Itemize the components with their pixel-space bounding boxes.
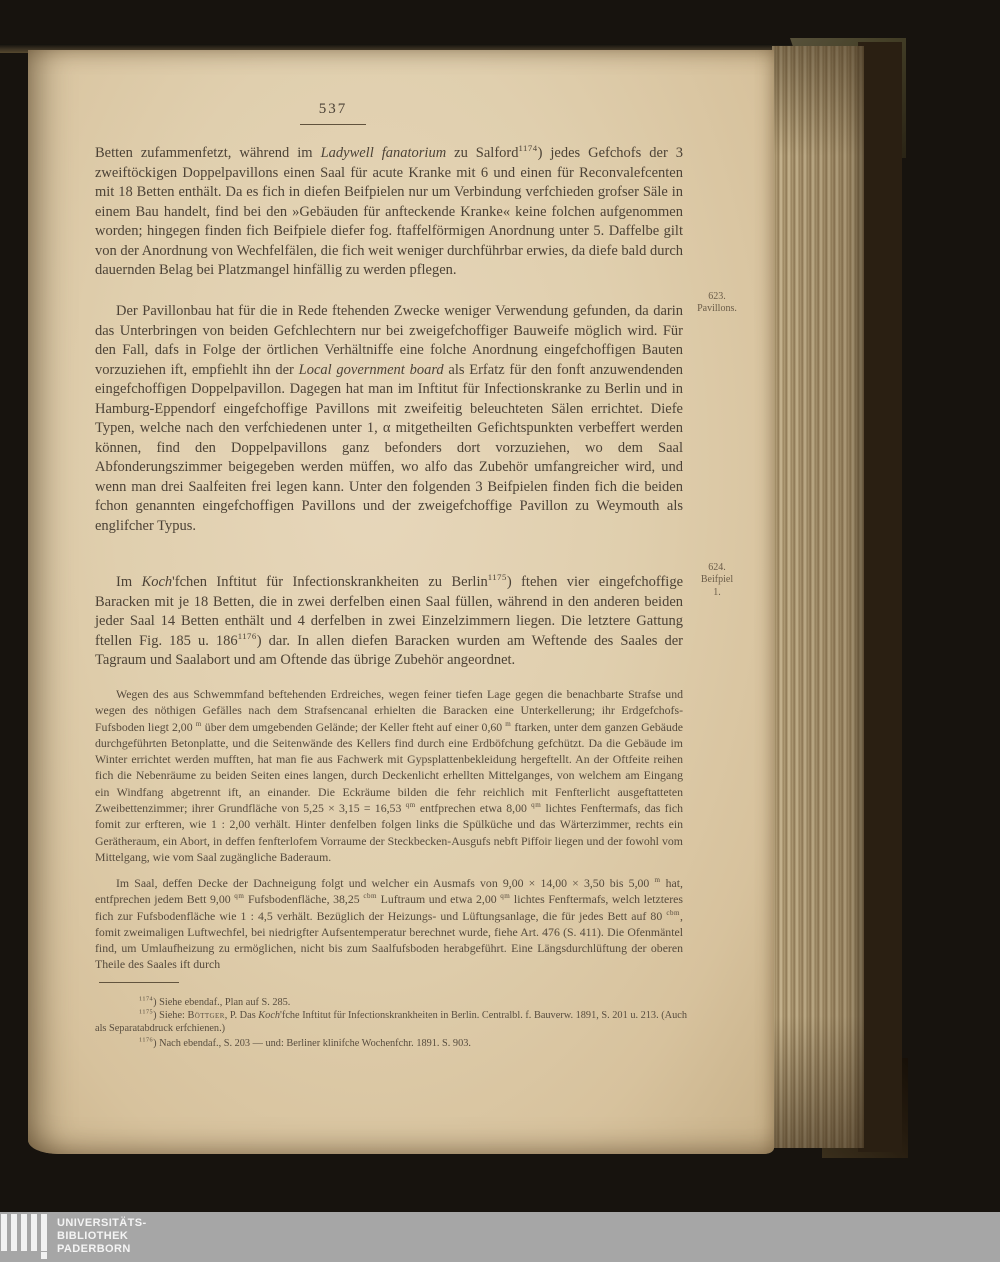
footnote-separator-rule	[99, 982, 179, 983]
margin-note-label2: 1.	[684, 587, 750, 599]
margin-note-number: 624.	[684, 562, 750, 574]
paderborn-bars-exclamation-logo-icon	[1, 1214, 53, 1260]
paragraph-4-small-print: Wegen des aus Schwemmfand beftehenden Er…	[95, 686, 683, 865]
library-name-line2: BIBLIOTHEK	[57, 1230, 147, 1243]
library-name: UNIVERSITÄTS- BIBLIOTHEK PADERBORN	[57, 1217, 147, 1255]
page-number-rule	[300, 124, 366, 125]
book-cover-edge	[858, 42, 902, 1152]
logo-bar	[41, 1214, 47, 1251]
logo-dot	[41, 1252, 47, 1259]
library-watermark-band: UNIVERSITÄTS- BIBLIOTHEK PADERBORN	[0, 1212, 1000, 1262]
library-name-line1: UNIVERSITÄTS-	[57, 1217, 147, 1230]
library-name-line3: PADERBORN	[57, 1243, 147, 1256]
page-stack-fore-edge	[772, 46, 864, 1148]
margin-note-624-beispiel-1: 624. Beifpiel 1.	[684, 562, 750, 599]
logo-bar	[11, 1214, 17, 1251]
paragraph-2: Der Pavillonbau hat für die in Rede fteh…	[95, 302, 683, 536]
margin-note-623-pavillons: 623. Pavillons.	[684, 291, 750, 316]
footnote-1175: 1175) Siehe: Böttger, P. Das Koch'fche I…	[95, 1009, 687, 1036]
logo-bar	[31, 1214, 37, 1251]
page-number: 537	[283, 101, 383, 118]
margin-note-number: 623.	[684, 291, 750, 303]
paragraph-3: Im Koch'fchen Inftitut für Infectionskra…	[95, 573, 683, 671]
paragraph-5-small-print: Im Saal, deffen Decke der Dachneigung fo…	[95, 875, 683, 973]
footnote-1176: 1176) Nach ebendaf., S. 203 — und: Berli…	[95, 1037, 687, 1050]
logo-bar	[1, 1214, 7, 1251]
margin-note-label: Beifpiel	[684, 574, 750, 586]
logo-bar	[21, 1214, 27, 1251]
footnote-1174: 1174) Siehe ebendaf., Plan auf S. 285.	[95, 996, 687, 1009]
paragraph-1: Betten zufammenfetzt, während im Ladywel…	[95, 144, 683, 281]
margin-note-label: Pavillons.	[684, 303, 750, 315]
book-scan-scene: 537 Betten zufammenfetzt, während im Lad…	[0, 0, 1000, 1262]
